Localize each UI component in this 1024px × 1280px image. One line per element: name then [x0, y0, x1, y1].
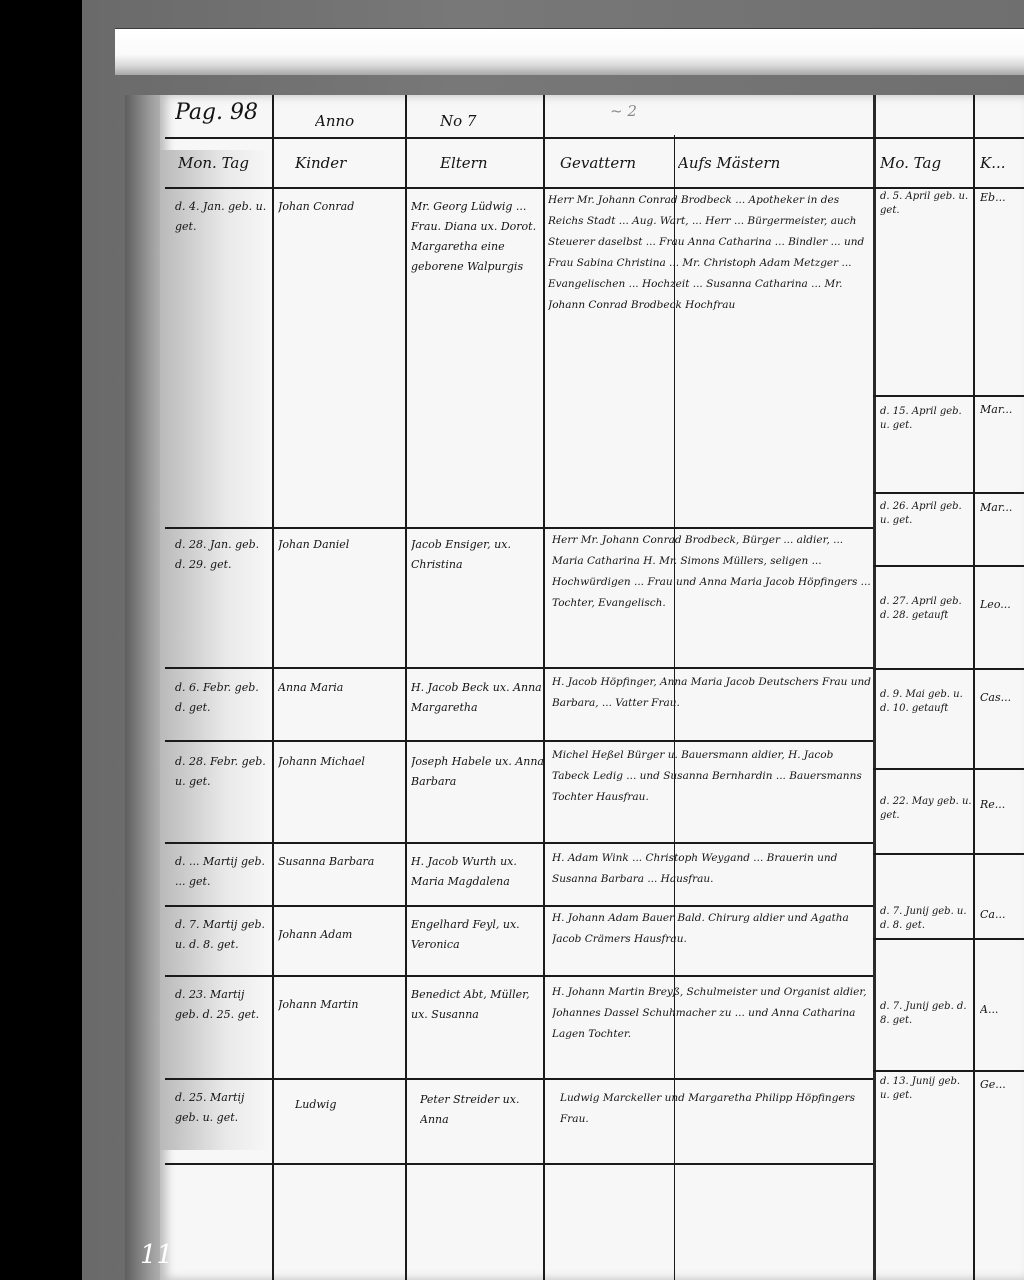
row-divider: [873, 853, 1024, 855]
entry-date: d. 23. Martij geb. d. 25. get.: [175, 985, 270, 1025]
column-header-parents: Eltern: [440, 150, 540, 176]
row-divider: [165, 187, 1024, 189]
column-divider: [405, 95, 407, 1280]
entry-sponsors: H. Johann Martin Breyß, Schulmeister und…: [552, 982, 872, 1070]
paper-label-strip: [115, 28, 1024, 75]
row-divider: [165, 842, 873, 844]
right-entry-child: Mar...: [980, 498, 1024, 518]
right-entry-date: d. 27. April geb. d. 28. getauft: [880, 595, 972, 623]
column-header-date: Mon. Tag: [178, 150, 278, 176]
entry-parents: H. Jacob Beck ux. Anna Margaretha: [411, 678, 546, 718]
right-column-header-date: Mo. Tag: [880, 150, 970, 176]
film-frame-mark: 11: [140, 1240, 200, 1280]
entry-date: d. 7. Martij geb. u. d. 8. get.: [175, 915, 270, 955]
number-mark: No 7: [440, 108, 520, 134]
row-divider: [873, 938, 1024, 940]
entry-parents: Peter Streider ux. Anna: [420, 1090, 550, 1130]
entry-parents: Mr. Georg Lüdwig ... Frau. Diana ux. Dor…: [411, 197, 541, 337]
entry-sponsors: Michel Heßel Bürger u. Bauersmann aldier…: [552, 745, 872, 837]
right-entry-child: Leo...: [980, 595, 1024, 615]
entry-parents: Benedict Abt, Müller, ux. Susanna: [411, 985, 546, 1025]
column-divider: [272, 95, 274, 1280]
row-divider: [873, 492, 1024, 494]
row-divider: [165, 975, 873, 977]
right-column-header-child: K...: [980, 150, 1024, 176]
entry-sponsors: H. Jacob Höpfinger, Anna Maria Jacob Deu…: [552, 672, 872, 738]
entry-date: d. 25. Martij geb. u. get.: [175, 1088, 270, 1128]
entry-child: Johann Martin: [278, 995, 404, 1015]
row-divider: [873, 395, 1024, 397]
right-entry-date: d. 15. April geb. u. get.: [880, 405, 972, 433]
entry-date: d. 4. Jan. geb. u. get.: [175, 197, 270, 237]
entry-sponsors: Herr Mr. Johann Conrad Brodbeck ... Apot…: [548, 190, 870, 510]
row-divider: [165, 1163, 873, 1165]
row-divider: [873, 668, 1024, 670]
right-entry-child: Mar...: [980, 400, 1024, 420]
page-gutter: [873, 95, 876, 1280]
film-border-left: [0, 0, 82, 1280]
entry-date: d. 28. Jan. geb. d. 29. get.: [175, 535, 270, 575]
right-entry-date: d. 13. Junij geb. u. get.: [880, 1075, 972, 1103]
right-entry-child: Re...: [980, 795, 1024, 815]
row-divider: [165, 667, 873, 669]
entry-date: d. ... Martij geb. ... get.: [175, 852, 270, 892]
entry-child: Johan Daniel: [278, 535, 404, 555]
entry-child: Susanna Barbara: [278, 852, 404, 872]
row-divider: [873, 1070, 1024, 1072]
page-reference: Pag. 98: [175, 100, 285, 126]
right-entry-date: d. 5. April geb. u. get.: [880, 190, 972, 218]
entry-child: Ludwig: [295, 1095, 405, 1115]
row-divider: [873, 565, 1024, 567]
entry-child: Johann Adam: [278, 925, 404, 945]
entry-date: d. 28. Febr. geb. u. get.: [175, 752, 270, 792]
entry-parents: Jacob Ensiger, ux. Christina: [411, 535, 546, 575]
column-header-notes: Aufs Mästern: [678, 150, 868, 176]
right-entry-date: d. 9. Mai geb. u. d. 10. getauft: [880, 688, 972, 716]
row-divider: [165, 527, 873, 529]
entry-parents: Engelhard Feyl, ux. Veronica: [411, 915, 546, 955]
center-mark: ~ 2: [610, 98, 690, 124]
right-entry-child: Ca...: [980, 905, 1024, 925]
entry-sponsors: Ludwig Marckeller und Margaretha Philipp…: [560, 1088, 872, 1148]
row-divider: [165, 137, 1024, 139]
entry-child: Johann Michael: [278, 752, 404, 772]
right-entry-date: d. 22. May geb. u. get.: [880, 795, 972, 823]
anno-label: Anno: [315, 108, 395, 134]
entry-sponsors: H. Adam Wink ... Christoph Weygand ... B…: [552, 848, 872, 904]
entry-sponsors: H. Johann Adam Bauer Bald. Chirurg aldie…: [552, 908, 872, 970]
right-entry-child: Ge...: [980, 1075, 1024, 1095]
row-divider: [873, 768, 1024, 770]
entry-child: Anna Maria: [278, 678, 404, 698]
entry-date: d. 6. Febr. geb. d. get.: [175, 678, 270, 718]
row-divider: [165, 1078, 873, 1080]
row-divider: [165, 905, 873, 907]
column-header-child: Kinder: [295, 150, 405, 176]
right-entry-date: d. 7. Junij geb. u. d. 8. get.: [880, 905, 972, 933]
entry-parents: Joseph Habele ux. Anna Barbara: [411, 752, 546, 792]
right-entry-date: d. 26. April geb. u. get.: [880, 500, 972, 528]
right-entry-child: Cas...: [980, 688, 1024, 708]
right-entry-child: Eb...: [980, 188, 1024, 208]
entry-sponsors: Herr Mr. Johann Conrad Brodbeck, Bürger …: [552, 530, 872, 660]
row-divider: [165, 740, 873, 742]
column-header-sponsors: Gevattern: [560, 150, 670, 176]
column-divider: [973, 95, 975, 1280]
right-entry-date: d. 7. Junij geb. d. 8. get.: [880, 1000, 972, 1028]
entry-parents: H. Jacob Wurth ux. Maria Magdalena: [411, 852, 546, 892]
entry-child: Johan Conrad: [278, 197, 404, 217]
right-entry-child: A...: [980, 1000, 1024, 1020]
